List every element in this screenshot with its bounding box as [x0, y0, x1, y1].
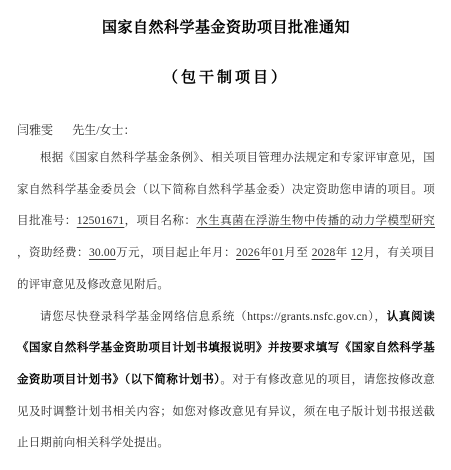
end-month: 12	[351, 247, 363, 259]
salutation: 先生/女士：	[72, 123, 135, 137]
text-run: 年	[260, 247, 272, 259]
text-run: ），	[368, 311, 387, 323]
recipient-name: 闫雅雯	[17, 123, 53, 137]
end-year: 2028	[312, 247, 336, 259]
approval-number: 12501671	[77, 215, 125, 227]
start-year: 2026	[236, 247, 260, 259]
document-title: 国家自然科学基金资助项目批准通知	[17, 18, 435, 38]
document-subtitle: （包干制项目）	[17, 68, 435, 88]
funding-amount: 30.00	[89, 247, 116, 259]
portal-url: https://grants.nsfc.gov.cn	[247, 311, 367, 323]
text-run: 年	[336, 247, 352, 259]
plan-submission-paragraph: 请您尽快登录科学基金网络信息系统（https://grants.nsfc.gov…	[17, 302, 435, 461]
text-run: ，资助经费：	[17, 247, 89, 259]
text-run: 万元，项目起止年月：	[116, 247, 236, 259]
text-run: 请您尽快登录科学基金网络信息系统（	[40, 311, 247, 323]
document-body: 根据《国家自然科学基金条例》、相关项目管理办法规定和专家评审意见，国家自然科学基…	[17, 143, 435, 460]
approval-notice-document: 国家自然科学基金资助项目批准通知 （包干制项目） 闫雅雯先生/女士： 根据《国家…	[0, 0, 451, 470]
project-title: 水生真菌在浮游生物中传播的动力学模型研究	[196, 215, 435, 227]
start-month: 01	[272, 247, 284, 259]
text-run: 月至	[284, 247, 312, 259]
funding-decision-paragraph: 根据《国家自然科学基金条例》、相关项目管理办法规定和专家评审意见，国家自然科学基…	[17, 143, 435, 302]
text-run: ，项目名称：	[124, 215, 196, 227]
greeting-line: 闫雅雯先生/女士：	[17, 121, 435, 139]
